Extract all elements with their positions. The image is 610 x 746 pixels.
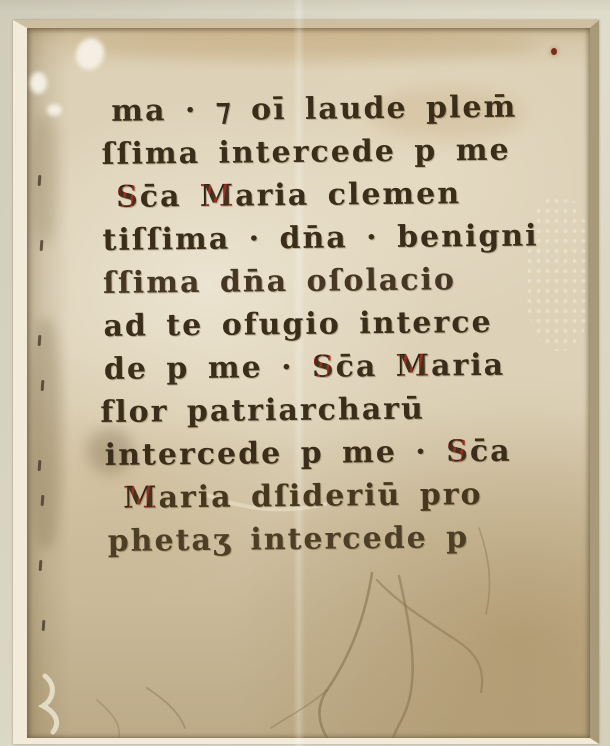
- text-segment: ſſima dn̄a oſolacio: [103, 262, 456, 301]
- manuscript-leaf: ma · ⁊ oī laude plem̄ ſſima intercede p …: [27, 28, 590, 738]
- text-segment: c̄a: [470, 434, 512, 469]
- text-segment: flor patriarcharū: [100, 392, 425, 430]
- rubric-initial: M: [123, 480, 159, 515]
- rubric-initial: M: [200, 179, 236, 214]
- rubric-initial: S: [446, 434, 470, 469]
- rubric-initial: M: [396, 349, 432, 384]
- mat-window: ma · ⁊ oī laude plem̄ ſſima intercede p …: [13, 20, 599, 744]
- text-segment: ſſima intercede p me: [101, 133, 510, 172]
- text-line: ad te ofugio interce: [103, 300, 539, 348]
- text-segment: phetaʒ intercede p: [108, 520, 470, 559]
- text-segment: c̄a: [335, 349, 396, 385]
- text-line: de p me · Sc̄a Maria: [104, 343, 540, 391]
- text-line: ſſima intercede p me: [101, 128, 537, 176]
- text-segment: c̄a: [140, 179, 201, 215]
- manuscript-photo: ma · ⁊ oī laude plem̄ ſſima intercede p …: [0, 0, 610, 746]
- red-speck: [551, 48, 557, 55]
- text-block: ma · ⁊ oī laude plem̄ ſſima intercede p …: [101, 85, 542, 563]
- text-segment: aria dſideriū pro: [158, 477, 482, 515]
- text-line: tiſſima · dn̄a · benigni: [102, 214, 538, 262]
- rubric-initial: S: [312, 350, 336, 385]
- text-segment: aria clemen: [235, 176, 461, 213]
- text-segment: intercede p me ·: [105, 434, 447, 473]
- text-line: Maria dſideriū pro: [123, 472, 541, 519]
- text-segment: de p me ·: [104, 350, 312, 387]
- text-line: intercede p me · Sc̄a: [105, 429, 541, 477]
- text-segment: aria: [431, 348, 505, 384]
- rubric-initial: S: [116, 180, 140, 215]
- text-segment: ma · ⁊ oī laude plem̄: [111, 90, 517, 129]
- text-line: ma · ⁊ oī laude plem̄: [111, 85, 537, 132]
- text-line: flor patriarcharū: [100, 386, 540, 434]
- text-line: Sc̄a Maria clemen: [116, 171, 538, 218]
- text-line: ſſima dn̄a oſolacio: [103, 257, 539, 305]
- text-segment: tiſſima · dn̄a · benigni: [102, 218, 538, 258]
- text-line: phetaʒ intercede p: [108, 515, 542, 563]
- text-segment: ad te ofugio interce: [103, 305, 492, 344]
